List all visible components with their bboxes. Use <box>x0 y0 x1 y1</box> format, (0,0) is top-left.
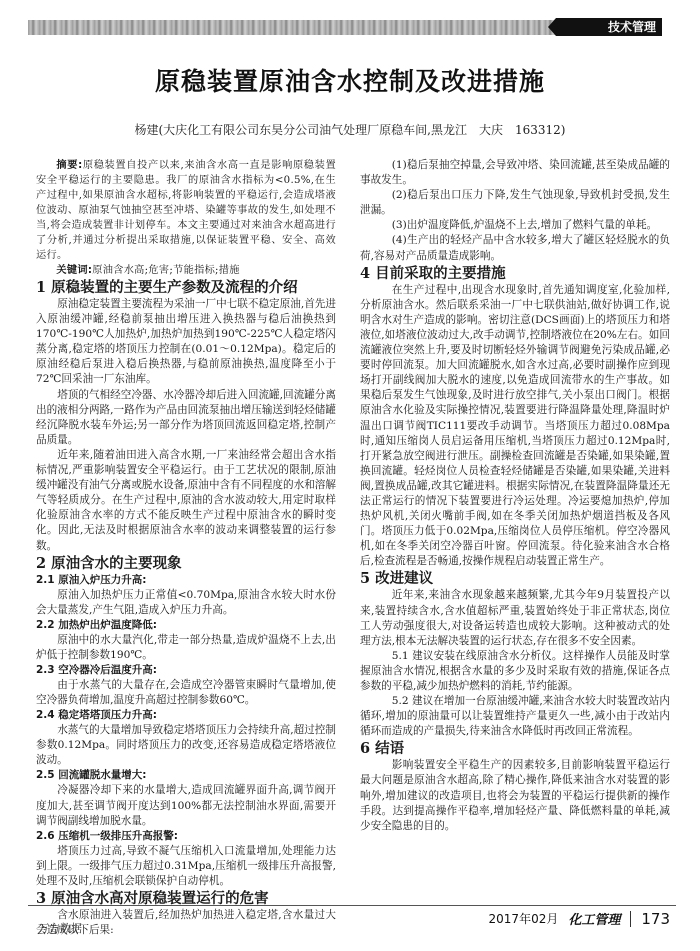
subsection-text: 塔顶压力过高,导致不凝气压缩机入口流量增加,处理能力达到上限。一级排气压力超过0… <box>36 844 336 889</box>
subsection-heading: 2.4 稳定塔塔顶压力升高: <box>36 708 336 723</box>
subsection-heading: 2.6 压缩机一级排压升高报警: <box>36 829 336 844</box>
watermark: 万方数据 <box>38 920 82 936</box>
section-6-heading: 6 结语 <box>360 739 670 758</box>
section-5-heading: 5 改进建议 <box>360 569 670 588</box>
subsection-text: 原油入加热炉压力正常值<0.70Mpa,原油含水较大时水份会大量蒸发,产生气阻,… <box>36 588 336 618</box>
left-column: 摘要:原稳装置自投产以来,来油含水高一直是影响原稳装置安全平稳运行的主要隐患。我… <box>36 158 336 938</box>
subsection-heading: 2.3 空冷器冷后温度升高: <box>36 663 336 678</box>
keywords-text: 原油含水高;危害;节能指标;措施 <box>92 265 240 276</box>
article-title: 原稳装置原油含水控制及改进措施 <box>0 62 700 98</box>
keywords-label: 关键词: <box>56 265 92 276</box>
section-1-paragraph: 近年来,随着油田进入高含水期,一厂来油经常会超出含水指标情况,严重影响装置安全平… <box>36 448 336 554</box>
subsection-heading: 2.1 原油入炉压力升高: <box>36 573 336 588</box>
abstract-text: 原稳装置自投产以来,来油含水高一直是影响原稳装置安全平稳运行的主要隐患。我厂的原… <box>36 160 336 261</box>
footer-separator <box>630 911 631 927</box>
abstract-label: 摘要: <box>56 160 82 171</box>
section-1-paragraph: 原油稳定装置主要流程为采油一厂中七联不稳定原油,首先进入原油缓冲罐,经稳前泵抽出… <box>36 297 336 388</box>
page-number: 173 <box>641 910 670 928</box>
section-6-paragraph: 影响装置安全平稳生产的因素较多,目前影响装置平稳运行最大问题是原油含水超高,除了… <box>360 758 670 833</box>
section-4-paragraph: 在生产过程中,出现含水现象时,首先通知调度室,化验加样,分析原油含水。然后联系采… <box>360 283 670 570</box>
consequence-item: (1)稳后泵抽空掉量,会导致冲塔、染回流罐,甚至染成品罐的事故发生。 <box>360 158 670 188</box>
section-1-heading: 1 原稳装置的主要生产参数及流程的介绍 <box>36 278 336 297</box>
column-tag: 技术管理 <box>548 18 662 36</box>
subsection-heading: 2.5 回流罐脱水量增大: <box>36 768 336 783</box>
subsection-text: 水蒸气的大量增加导致稳定塔塔顶压力会持续升高,超过控制参数0.12Mpa。同时塔… <box>36 723 336 768</box>
keywords: 关键词:原油含水高;危害;节能指标;措施 <box>36 263 336 278</box>
header-decorative-band <box>28 20 640 35</box>
section-4-heading: 4 目前采取的主要措施 <box>360 264 670 283</box>
journal-name: 化工管理 <box>568 909 620 928</box>
consequence-item: (2)稳后泵出口压力下降,发生气蚀现象,导致机封受损,发生泄漏。 <box>360 188 670 218</box>
section-5-paragraph: 5.2 建议在增加一台原油缓冲罐,来油含水较大时装置改站内循环,增加的原油量可以… <box>360 694 670 739</box>
right-column: (1)稳后泵抽空掉量,会导致冲塔、染回流罐,甚至染成品罐的事故发生。 (2)稳后… <box>360 158 670 834</box>
section-2-heading: 2 原油含水的主要现象 <box>36 554 336 573</box>
abstract: 摘要:原稳装置自投产以来,来油含水高一直是影响原稳装置安全平稳运行的主要隐患。我… <box>36 158 336 263</box>
section-5-paragraph: 5.1 建议安装在线原油含水分析仪。这样操作人员能及时掌握原油含水情况,根据含水… <box>360 649 670 694</box>
subsection-text: 原油中的水大量汽化,带走一部分热量,造成炉温烧不上去,出炉低于控制参数190℃。 <box>36 633 336 663</box>
subsection-text: 由于水蒸气的大量存在,会造成空冷器管束瞬时气量增加,使空冷器负荷增加,温度升高超… <box>36 678 336 708</box>
page-footer: 2017年02月 化工管理 173 <box>489 909 670 928</box>
subsection-heading: 2.2 加热炉出炉温度降低: <box>36 618 336 633</box>
issue-date: 2017年02月 <box>489 910 559 927</box>
footer-divider <box>28 905 676 906</box>
section-1-paragraph: 塔顶的气相经空冷器、水冷器冷却后进入回流罐,回流罐分离出的液相分两路,一路作为产… <box>36 388 336 448</box>
consequence-item: (3)出炉温度降低,炉温烧不上去,增加了燃料气量的单耗。 <box>360 218 670 233</box>
section-5-paragraph: 近年来,来油含水现象越来越频繁,尤其今年9月装置投产以来,装置持续含水,含水值超… <box>360 588 670 648</box>
consequence-item: (4)生产出的轻烃产品中含水较多,增大了罐区轻烃脱水的负荷,容易对产品质量造成影… <box>360 233 670 263</box>
subsection-text: 冷凝器冷却下来的水量增大,造成回流罐界面升高,调节阀开度加大,甚至调节阀开度达到… <box>36 783 336 828</box>
author-affiliation: 杨建(大庆化工有限公司东昊分公司油气处理厂原稳车间,黑龙江 大庆 163312) <box>0 121 700 138</box>
